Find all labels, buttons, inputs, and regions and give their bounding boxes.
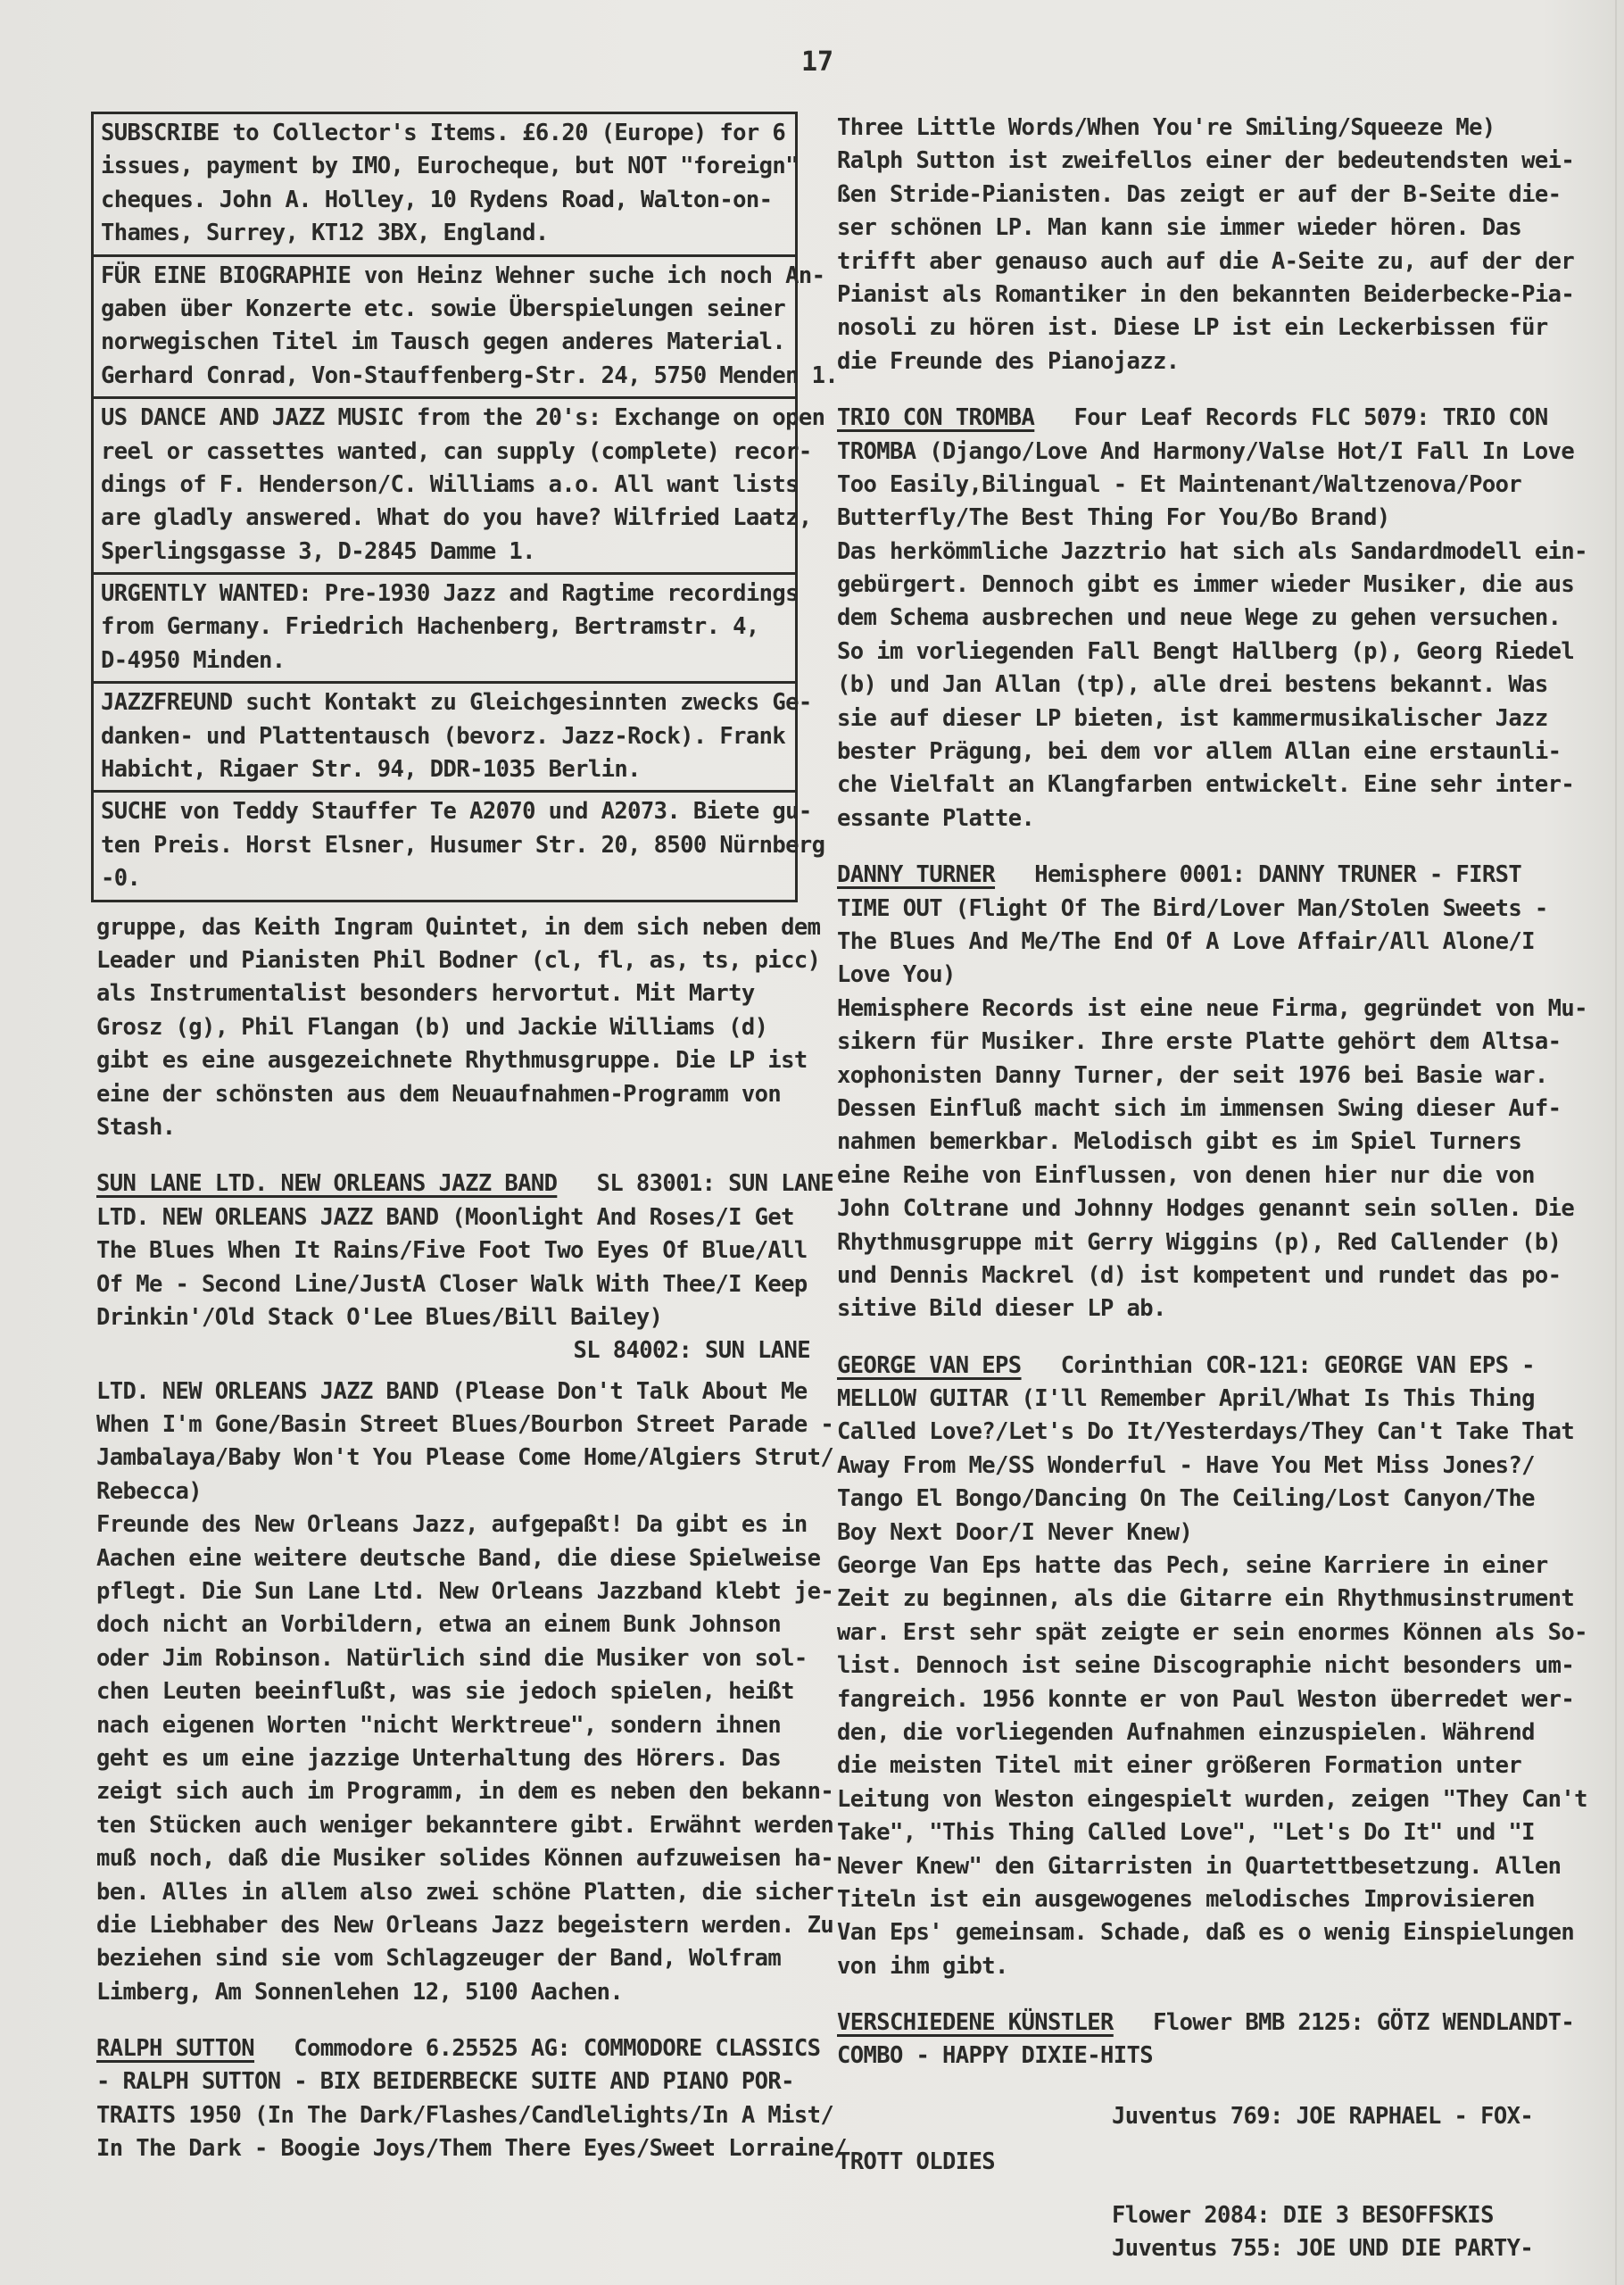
review-line: ten Stücken auch weniger bekanntere gibt…	[96, 1809, 810, 1842]
classified-ad-us-dance: US DANCE AND JAZZ MUSIC from the 20's: E…	[94, 399, 795, 575]
review-line: sikern für Musiker. Ihre erste Platte ge…	[837, 1026, 1533, 1059]
text-line: Grosz (g), Phil Flangan (b) und Jackie W…	[96, 1011, 810, 1044]
classified-line: URGENTLY WANTED: Pre-1930 Jazz and Ragti…	[101, 577, 790, 611]
review-line: sie auf dieser LP bieten, ist kammermusi…	[837, 702, 1533, 735]
classified-line: dings of F. Henderson/C. Williams a.o. A…	[101, 469, 790, 502]
classified-line: US DANCE AND JAZZ MUSIC from the 20's: E…	[101, 402, 790, 435]
classified-line: Gerhard Conrad, Von-Stauffenberg-Str. 24…	[101, 360, 790, 393]
classified-ad-urgently-wanted: URGENTLY WANTED: Pre-1930 Jazz and Ragti…	[94, 575, 795, 684]
review-line: Hemisphere Records ist eine neue Firma, …	[837, 993, 1533, 1026]
verschiedene-kuenstler-review: VERSCHIEDENE KÜNSTLER Flower BMB 2125: G…	[837, 2007, 1533, 2265]
review-line: Van Eps' gemeinsam. Schade, daß es o wen…	[837, 1916, 1533, 1949]
text-line: als Instrumentalist besonders hervortut.…	[96, 977, 810, 1010]
review-line: Titeln ist ein ausgewogenes melodisches …	[837, 1883, 1533, 1916]
release-label: Juventus 769: JOE RAPHAEL - FOX-	[837, 2100, 1533, 2133]
review-line: che Vielfalt an Klangfarben entwickelt. …	[837, 769, 1533, 802]
classified-line: SUCHE von Teddy Stauffer Te A2070 und A2…	[101, 795, 790, 828]
tracklist-line: LTD. NEW ORLEANS JAZZ BAND (Please Don't…	[96, 1375, 810, 1408]
george-van-eps-review: GEORGE VAN EPS Corinthian COR-121: GEORG…	[837, 1350, 1533, 1983]
ralph-sutton-heading-line: RALPH SUTTON Commodore 6.25525 AG: COMMO…	[96, 2032, 810, 2065]
review-line: Rhythmusgruppe mit Gerry Wiggins (p), Re…	[837, 1226, 1533, 1259]
classified-line: Thames, Surrey, KT12 3BX, England.	[101, 217, 790, 250]
review-line: TIME OUT (Flight Of The Bird/Lover Man/S…	[837, 893, 1533, 926]
tracklist-line: Rebecca)	[96, 1475, 810, 1508]
review-line: ser schönen LP. Man kann sie immer wiede…	[837, 212, 1533, 245]
classified-line: SUBSCRIBE to Collector's Items. £6.20 (E…	[101, 117, 790, 150]
classified-line: Habicht, Rigaer Str. 94, DDR-1035 Berlin…	[101, 753, 790, 786]
review-line: Never Knew" den Gitarristen in Quartettb…	[837, 1850, 1533, 1883]
review-line: (b) und Jan Allan (tp), alle drei besten…	[837, 669, 1533, 702]
vaneps-heading: GEORGE VAN EPS	[837, 1352, 1022, 1379]
sun-lane-heading-line: SUN LANE LTD. NEW ORLEANS JAZZ BAND SL 8…	[96, 1167, 810, 1201]
review-line: Away From Me/SS Wonderful - Have You Met…	[837, 1450, 1533, 1483]
review-line: Love You)	[837, 959, 1533, 992]
review-line: TROMBA (Django/Love And Harmony/Valse Ho…	[837, 436, 1533, 469]
classified-line: danken- und Plattentausch (bevorz. Jazz-…	[101, 720, 790, 753]
classified-line: JAZZFREUND sucht Kontakt zu Gleichgesinn…	[101, 686, 790, 719]
ralph-sutton-review: RALPH SUTTON Commodore 6.25525 AG: COMMO…	[96, 2032, 810, 2166]
left-column: SUBSCRIBE to Collector's Items. £6.20 (E…	[96, 112, 810, 2166]
classified-ad-biographie: FÜR EINE BIOGRAPHIE von Heinz Wehner suc…	[94, 257, 795, 400]
review-line: fangreich. 1956 konnte er von Paul Westo…	[837, 1683, 1533, 1716]
classified-line: gaben über Konzerte etc. sowie Überspiel…	[101, 293, 790, 326]
review-line: pflegt. Die Sun Lane Ltd. New Orleans Ja…	[96, 1575, 810, 1608]
review-line: nahmen bemerkbar. Melodisch gibt es im S…	[837, 1126, 1533, 1159]
review-line: von ihm gibt.	[837, 1950, 1533, 1983]
review-line: essante Platte.	[837, 802, 1533, 835]
review-line: die meisten Titel mit einer größeren For…	[837, 1749, 1533, 1782]
classified-ad-jazzfreund: JAZZFREUND sucht Kontakt zu Gleichgesinn…	[94, 684, 795, 793]
tracklist-line: When I'm Gone/Basin Street Blues/Bourbon…	[96, 1408, 810, 1442]
ralph-sutton-heading: RALPH SUTTON	[96, 2035, 254, 2062]
review-line: Called Love?/Let's Do It/Yesterdays/They…	[837, 1416, 1533, 1449]
review-line: The Blues And Me/The End Of A Love Affai…	[837, 926, 1533, 959]
review-line: Dessen Einfluß macht sich im immensen Sw…	[837, 1093, 1533, 1126]
review-line: bester Prägung, bei dem vor allem Allan …	[837, 735, 1533, 769]
review-line: Zeit zu beginnen, als die Gitarre ein Rh…	[837, 1583, 1533, 1616]
vaneps-label: Corinthian COR-121: GEORGE VAN EPS -	[1022, 1352, 1535, 1379]
release-label: Flower 2084: DIE 3 BESOFFSKIS	[837, 2199, 1533, 2232]
review-line: den, die vorliegenden Aufnahmen einzuspi…	[837, 1716, 1533, 1749]
classified-line: cheques. John A. Holley, 10 Rydens Road,…	[101, 184, 790, 217]
review-line: Das herkömmliche Jazztrio hat sich als S…	[837, 536, 1533, 569]
release-label: Juventus 755: JOE UND DIE PARTY-	[837, 2232, 1533, 2265]
review-line: Three Little Words/When You're Smiling/S…	[837, 112, 1533, 145]
classified-line: norwegischen Titel im Tausch gegen ander…	[101, 326, 790, 359]
review-line: gebürgert. Dennoch gibt es immer wieder …	[837, 569, 1533, 602]
review-line: muß noch, daß die Musiker solides Können…	[96, 1842, 810, 1875]
review-line: nosoli zu hören ist. Diese LP ist ein Le…	[837, 312, 1533, 345]
keith-ingram-continuation: gruppe, das Keith Ingram Quintet, in dem…	[96, 911, 810, 1145]
review-line: Too Easily,Bilingual - Et Maintenant/Wal…	[837, 469, 1533, 502]
review-line: COMBO - HAPPY DIXIE-HITS	[837, 2040, 1533, 2073]
trio-heading: TRIO CON TROMBA	[837, 404, 1034, 431]
sun-lane-label-2: SL 84002: SUN LANE	[96, 1334, 810, 1367]
review-line: Ralph Sutton ist zweifellos einer der be…	[837, 145, 1533, 178]
tracklist-line: TRAITS 1950 (In The Dark/Flashes/Candlel…	[96, 2099, 810, 2132]
various-heading-line: VERSCHIEDENE KÜNSTLER Flower BMB 2125: G…	[837, 2007, 1533, 2040]
danny-heading-line: DANNY TURNER Hemisphere 0001: DANNY TRUN…	[837, 859, 1533, 892]
review-line: beziehen sind sie vom Schlagzeuger der B…	[96, 1942, 810, 1975]
classified-line: Sperlingsgasse 3, D-2845 Damme 1.	[101, 536, 790, 569]
sun-lane-heading: SUN LANE LTD. NEW ORLEANS JAZZ BAND	[96, 1170, 557, 1197]
classified-ad-subscribe: SUBSCRIBE to Collector's Items. £6.20 (E…	[94, 114, 795, 257]
tracklist-line: The Blues When It Rains/Five Foot Two Ey…	[96, 1234, 810, 1267]
review-line: geht es um eine jazzige Unterhaltung des…	[96, 1742, 810, 1775]
review-line: Tango El Bongo/Dancing On The Ceiling/Lo…	[837, 1483, 1533, 1516]
trio-label: Four Leaf Records FLC 5079: TRIO CON	[1034, 404, 1547, 431]
sun-lane-review: SUN LANE LTD. NEW ORLEANS JAZZ BAND SL 8…	[96, 1167, 810, 2009]
review-line: Limberg, Am Sonnenlehen 12, 5100 Aachen.	[96, 1976, 810, 2009]
review-line: die Freunde des Pianojazz.	[837, 345, 1533, 378]
tracklist-line: LTD. NEW ORLEANS JAZZ BAND (Moonlight An…	[96, 1201, 810, 1234]
document-page: 17 SUBSCRIBE to Collector's Items. £6.20…	[0, 0, 1624, 2285]
trio-con-tromba-review: TRIO CON TROMBA Four Leaf Records FLC 50…	[837, 402, 1533, 835]
classified-line: D-4950 Minden.	[101, 644, 790, 677]
classified-line: ten Preis. Horst Elsner, Husumer Str. 20…	[101, 829, 790, 862]
review-line: Pianist als Romantiker in den bekannten …	[837, 278, 1533, 312]
review-line: Butterfly/The Best Thing For You/Bo Bran…	[837, 502, 1533, 535]
sun-lane-label-1: SL 83001: SUN LANE	[597, 1170, 834, 1197]
review-line: MELLOW GUITAR (I'll Remember April/What …	[837, 1383, 1533, 1416]
review-line: doch nicht an Vorbildern, etwa an einem …	[96, 1608, 810, 1641]
release-title-cont: TROTT OLDIES	[837, 2146, 1533, 2179]
review-line: zeigt sich auch im Programm, in dem es n…	[96, 1775, 810, 1808]
text-line: gibt es eine ausgezeichnete Rhythmusgrup…	[96, 1044, 810, 1077]
ralph-sutton-label: Commodore 6.25525 AG: COMMODORE CLASSICS	[254, 2035, 820, 2062]
review-line: die Liebhaber des New Orleans Jazz begei…	[96, 1909, 810, 1942]
review-line: ßen Stride-Pianisten. Das zeigt er auf d…	[837, 179, 1533, 212]
review-line: So im vorliegenden Fall Bengt Hallberg (…	[837, 636, 1533, 669]
classified-line: from Germany. Friedrich Hachenberg, Bert…	[101, 611, 790, 644]
review-line: Boy Next Door/I Never Knew)	[837, 1516, 1533, 1550]
review-line: xophonisten Danny Turner, der seit 1976 …	[837, 1059, 1533, 1093]
review-line: sitive Bild dieser LP ab.	[837, 1292, 1533, 1325]
tracklist-line: Jambalaya/Baby Won't You Please Come Hom…	[96, 1442, 810, 1475]
classified-line: issues, payment by IMO, Eurocheque, but …	[101, 150, 790, 183]
ralph-sutton-continued: Three Little Words/When You're Smiling/S…	[837, 112, 1533, 378]
review-line: Leitung von Weston eingespielt wurden, z…	[837, 1783, 1533, 1816]
classified-line: reel or cassettes wanted, can supply (co…	[101, 436, 790, 469]
review-line: Aachen eine weitere deutsche Band, die d…	[96, 1542, 810, 1575]
review-line: John Coltrane und Johnny Hodges genannt …	[837, 1192, 1533, 1226]
tracklist-line: Drinkin'/Old Stack O'Lee Blues/Bill Bail…	[96, 1301, 810, 1334]
review-line: nach eigenen Worten "nicht Werktreue", s…	[96, 1709, 810, 1742]
review-line: war. Erst sehr spät zeigte er sein enorm…	[837, 1616, 1533, 1649]
review-line: ben. Alles in allem also zwei schöne Pla…	[96, 1876, 810, 1909]
right-column: Three Little Words/When You're Smiling/S…	[837, 112, 1533, 2265]
vaneps-heading-line: GEORGE VAN EPS Corinthian COR-121: GEORG…	[837, 1350, 1533, 1383]
classified-ad-suche-stauffer: SUCHE von Teddy Stauffer Te A2070 und A2…	[94, 793, 795, 899]
tracklist-line: Of Me - Second Line/JustA Closer Walk Wi…	[96, 1268, 810, 1301]
review-line: oder Jim Robinson. Natürlich sind die Mu…	[96, 1642, 810, 1675]
classified-line: -0.	[101, 862, 790, 895]
text-line: gruppe, das Keith Ingram Quintet, in dem…	[96, 911, 810, 944]
review-line: und Dennis Mackrel (d) ist kompetent und…	[837, 1259, 1533, 1292]
classified-line: FÜR EINE BIOGRAPHIE von Heinz Wehner suc…	[101, 260, 790, 293]
danny-turner-review: DANNY TURNER Hemisphere 0001: DANNY TRUN…	[837, 859, 1533, 1325]
classifieds-box: SUBSCRIBE to Collector's Items. £6.20 (E…	[91, 112, 798, 902]
review-line: eine Reihe von Einflussen, von denen hie…	[837, 1159, 1533, 1192]
review-line: Take", "This Thing Called Love", "Let's …	[837, 1816, 1533, 1849]
page-number: 17	[801, 46, 833, 78]
tracklist-line: In The Dark - Boogie Joys/Them There Eye…	[96, 2132, 810, 2165]
review-line: trifft aber genauso auch auf die A-Seite…	[837, 245, 1533, 278]
various-heading: VERSCHIEDENE KÜNSTLER	[837, 2009, 1114, 2036]
tracklist-line: - RALPH SUTTON - BIX BEIDERBECKE SUITE A…	[96, 2065, 810, 2098]
various-label: Flower BMB 2125: GÖTZ WENDLANDT-	[1114, 2009, 1574, 2036]
danny-label: Hemisphere 0001: DANNY TRUNER - FIRST	[995, 861, 1521, 888]
text-line: Leader und Pianisten Phil Bodner (cl, fl…	[96, 944, 810, 977]
review-line: Freunde des New Orleans Jazz, aufgepaßt!…	[96, 1508, 810, 1541]
text-line: eine der schönsten aus dem Neuaufnahmen-…	[96, 1078, 810, 1111]
review-line: list. Dennoch ist seine Discographie nic…	[837, 1649, 1533, 1683]
review-line: George Van Eps hatte das Pech, seine Kar…	[837, 1550, 1533, 1583]
page-edge	[1615, 0, 1617, 2285]
trio-heading-line: TRIO CON TROMBA Four Leaf Records FLC 50…	[837, 402, 1533, 435]
review-line: dem Schema ausbrechen und neue Wege zu g…	[837, 602, 1533, 635]
classified-line: are gladly answered. What do you have? W…	[101, 502, 790, 535]
text-line: Stash.	[96, 1111, 810, 1144]
danny-heading: DANNY TURNER	[837, 861, 995, 888]
review-line: chen Leuten beeinflußt, was sie jedoch s…	[96, 1675, 810, 1708]
